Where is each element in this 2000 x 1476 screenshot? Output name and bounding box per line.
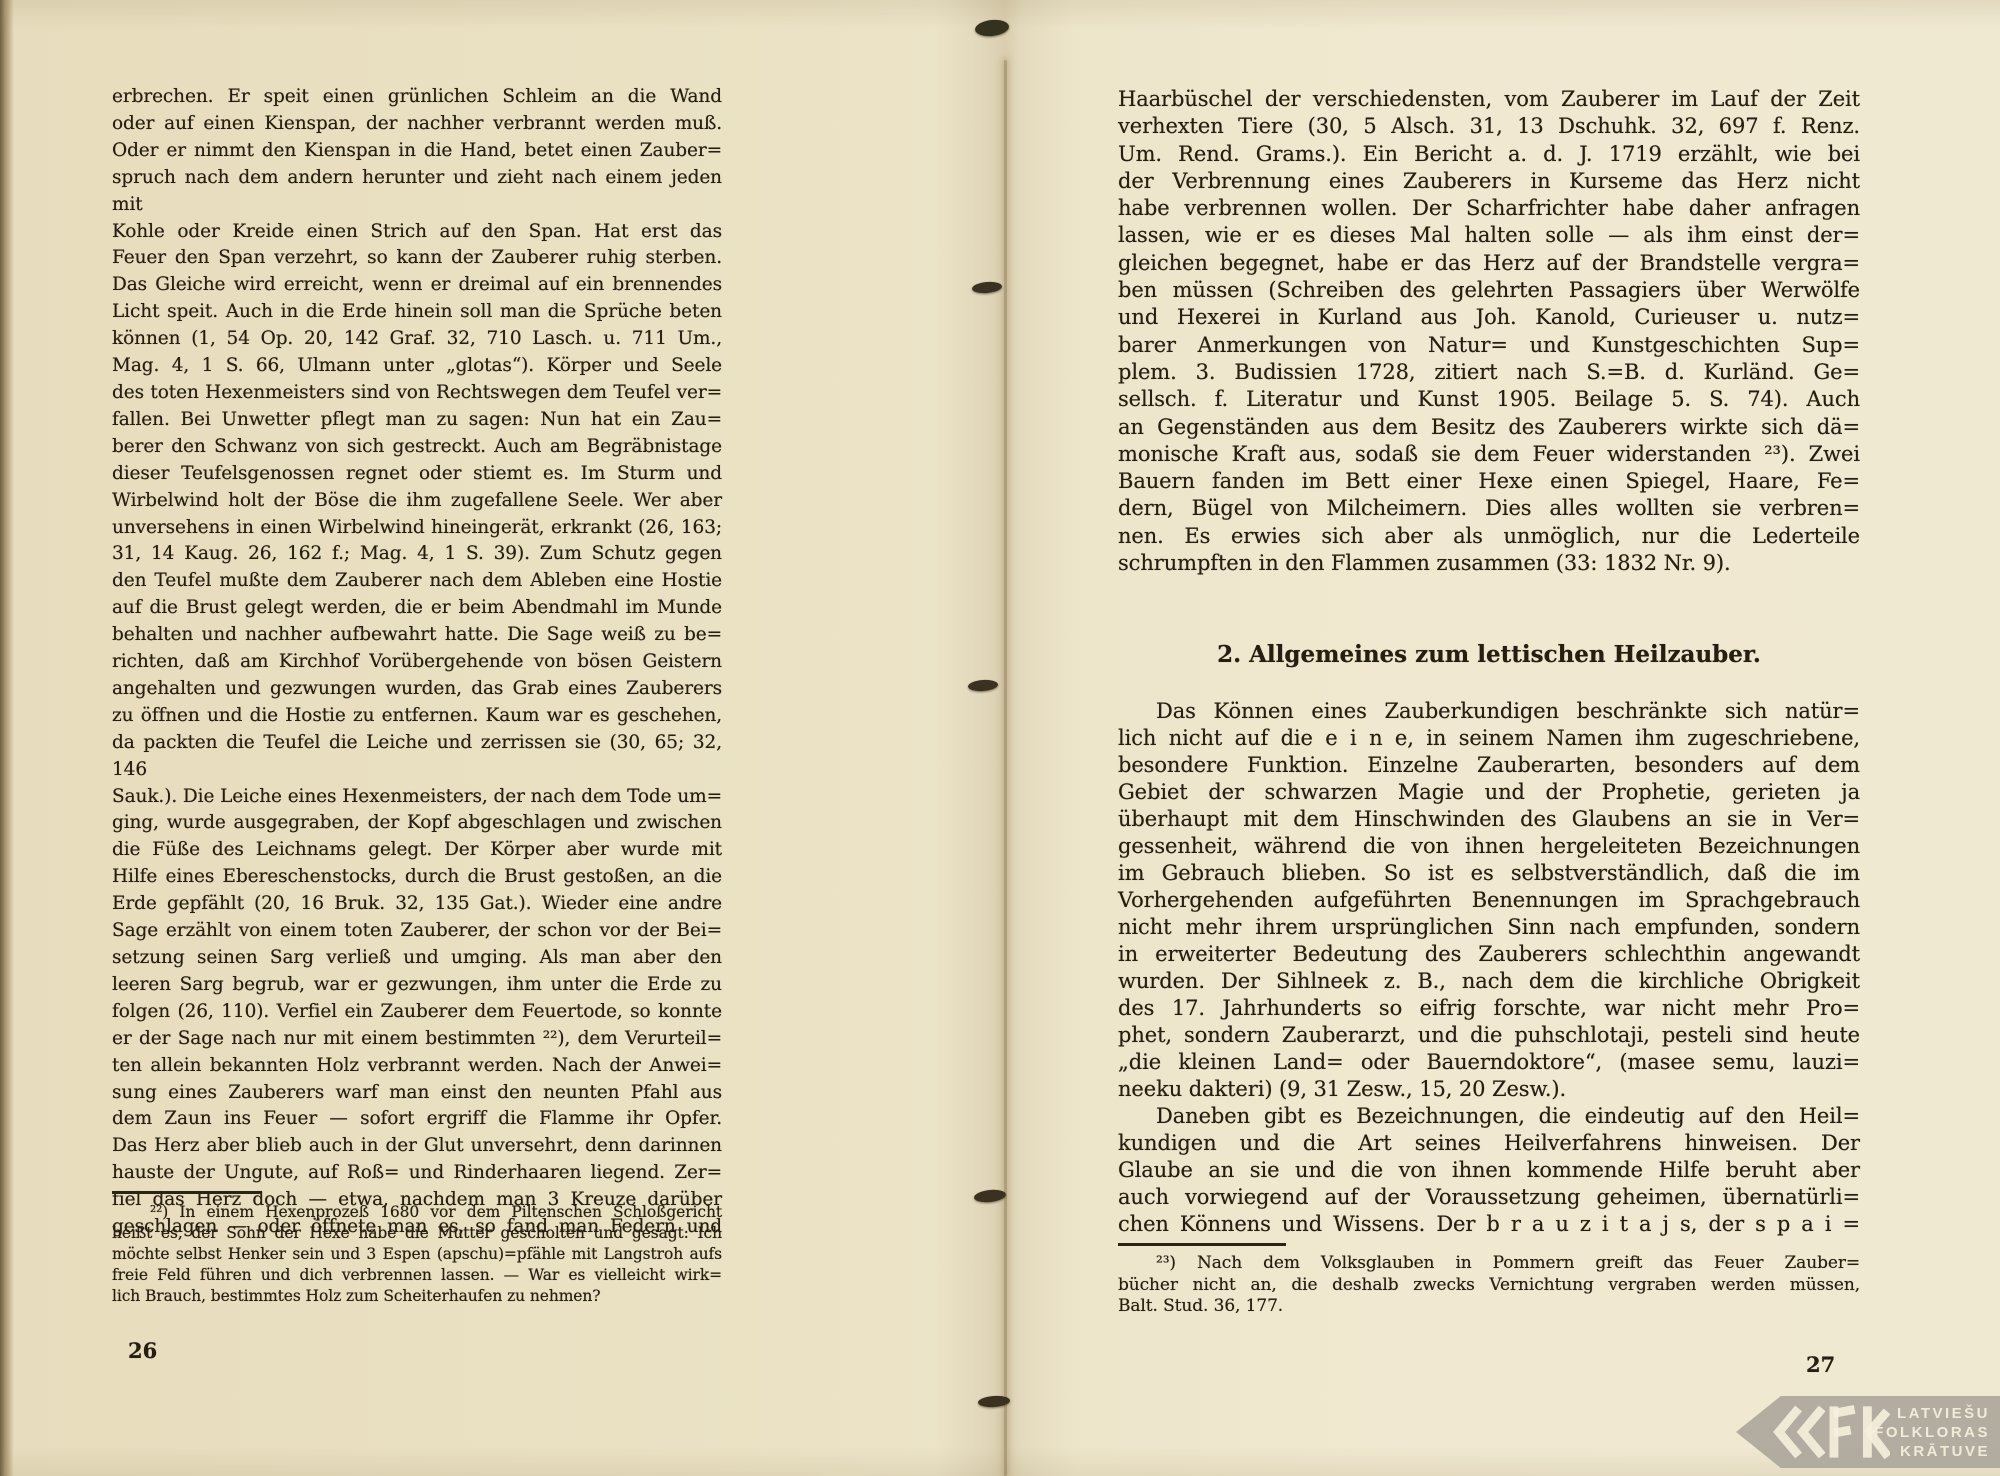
text-line: bücher nicht an, die deshalb zwecks Vern… — [1118, 1275, 1860, 1297]
text-line: lich Brauch, bestimmtes Holz zum Scheite… — [112, 1286, 722, 1307]
text-line: dem Zaun ins Feuer — sofort ergriff die … — [112, 1106, 722, 1133]
text-line: 31, 14 Kaug. 26, 162 f.; Mag. 4, 1 S. 39… — [112, 541, 722, 568]
text-line: Feuer den Span verzehrt, so kann der Zau… — [112, 245, 722, 272]
text-line: an Gegenständen aus dem Besitz des Zaube… — [1118, 414, 1860, 441]
text-line: der Verbrennung eines Zauberers in Kurse… — [1118, 168, 1860, 195]
text-line: sellsch. f. Literatur und Kunst 1905. Be… — [1118, 386, 1860, 413]
text-line: lich nicht auf die e i n e, in seinem Na… — [1118, 725, 1860, 752]
text-line: gessenheit, während die von ihnen hergel… — [1118, 833, 1860, 860]
text-line: Kohle oder Kreide einen Strich auf den S… — [112, 219, 722, 246]
text-line: nicht mehr ihrem ursprünglichen Sinn nac… — [1118, 914, 1860, 941]
lfk-logo-icon — [1772, 1401, 1890, 1463]
text-line: und Hexerei in Kurland aus Joh. Kanold, … — [1118, 304, 1860, 331]
text-line: Das Herz aber blieb auch in der Glut unv… — [112, 1133, 722, 1160]
text-line: unversehens in einen Wirbelwind hineinge… — [112, 515, 722, 542]
text-line: freie Feld führen und dich verbrennen la… — [112, 1265, 722, 1286]
archive-watermark-banner: LATVIEŠU FOLKLORAS KRĀTUVE — [1736, 1396, 2000, 1468]
text-line: möchte selbst Henker sein und 3 Espen (a… — [112, 1244, 722, 1265]
text-line: auch vorwiegend auf der Voraussetzung ge… — [1118, 1184, 1860, 1211]
text-line: hauste der Ungute, auf Roß= und Rinderha… — [112, 1160, 722, 1187]
text-line: setzung seinen Sarg verließ und umging. … — [112, 945, 722, 972]
text-line: Um. Rend. Grams.). Ein Bericht a. d. J. … — [1118, 141, 1860, 168]
right-footnote-rule — [1118, 1243, 1286, 1246]
text-line: besondere Funktion. Einzelne Zauberarten… — [1118, 752, 1860, 779]
text-line: angehalten und gezwungen wurden, das Gra… — [112, 676, 722, 703]
text-line: ging, wurde ausgegraben, der Kopf abgesc… — [112, 810, 722, 837]
text-line: ²²) In einem Hexenprozeß 1680 vor dem Pi… — [112, 1202, 722, 1223]
text-line: oder auf einen Kienspan, der nachher ver… — [112, 111, 722, 138]
right-page-body-text: Haarbüschel der verschiedensten, vom Zau… — [1118, 86, 1860, 577]
left-page-body-text: erbrechen. Er speit einen grünlichen Sch… — [112, 84, 722, 1241]
left-page-footnote: ²²) In einem Hexenprozeß 1680 vor dem Pi… — [112, 1202, 722, 1307]
text-line: fallen. Bei Unwetter pflegt man zu sagen… — [112, 407, 722, 434]
book-spread-scan: erbrechen. Er speit einen grünlichen Sch… — [0, 0, 2000, 1476]
text-line: des toten Hexenmeisters sind von Rechtsw… — [112, 380, 722, 407]
text-line: Balt. Stud. 36, 177. — [1118, 1296, 1860, 1318]
text-line: phet, sondern Zauberarzt, und die puhsch… — [1118, 1022, 1860, 1049]
text-line: Haarbüschel der verschiedensten, vom Zau… — [1118, 86, 1860, 113]
text-line: überhaupt mit dem Hinschwinden des Glaub… — [1118, 806, 1860, 833]
text-line: chen Könnens und Wissens. Der b r a u z … — [1118, 1211, 1860, 1238]
text-line: folgen (26, 110). Verfiel ein Zauberer d… — [112, 999, 722, 1026]
text-line: er der Sage nach nur mit einem bestimmte… — [112, 1026, 722, 1053]
text-line: sung eines Zauberers warf man einst den … — [112, 1080, 722, 1107]
text-line: Hilfe eines Ebereschenstocks, durch die … — [112, 864, 722, 891]
text-line: nen. Es erwies sich aber als unmöglich, … — [1118, 523, 1860, 550]
text-line: Sage erzählt von einem toten Zauberer, d… — [112, 918, 722, 945]
text-line: des 17. Jahrhunderts so eifrig forschte,… — [1118, 995, 1860, 1022]
text-line: Mag. 4, 1 S. 66, Ulmann unter „glotas“).… — [112, 353, 722, 380]
scan-left-edge — [0, 0, 14, 1476]
watermark-line: FOLKLORAS — [1874, 1423, 1990, 1442]
text-line: Bauern fanden im Bett einer Hexe einen S… — [1118, 468, 1860, 495]
text-line: spruch nach dem andern herunter und zieh… — [112, 165, 722, 219]
text-line: lassen, wie er es dieses Mal halten soll… — [1118, 222, 1860, 249]
text-line: verhexten Tiere (30, 5 Alsch. 31, 13 Dsc… — [1118, 113, 1860, 140]
text-line: barer Anmerkungen von Natur= und Kunstge… — [1118, 332, 1860, 359]
text-line: dieser Teufelsgenossen regnet oder stiem… — [112, 461, 722, 488]
text-line: Glaube an sie und die von ihnen kommende… — [1118, 1157, 1860, 1184]
text-line: Licht speit. Auch in die Erde hinein sol… — [112, 299, 722, 326]
text-line: ben müssen (Schreiben des gelehrten Pass… — [1118, 277, 1860, 304]
text-line: dern, Bügel von Milcheimern. Dies alles … — [1118, 495, 1860, 522]
right-page-footnote: ²³) Nach dem Volksglauben in Pommern gre… — [1118, 1253, 1860, 1318]
text-line: heißt es, der Sohn der Hexe habe die Mut… — [112, 1223, 722, 1244]
text-line: leeren Sarg begrub, war er gezwungen, ih… — [112, 972, 722, 999]
text-line: wurden. Der Sihlneek z. B., nach dem die… — [1118, 968, 1860, 995]
text-line: kundigen und die Art seines Heilverfahre… — [1118, 1130, 1860, 1157]
right-page-paragraphs: Das Können eines Zauberkundigen beschrän… — [1118, 698, 1860, 1238]
text-line: behalten und nachher aufbewahrt hatte. D… — [112, 622, 722, 649]
text-line: schrumpften in den Flammen zusammen (33:… — [1118, 550, 1860, 577]
text-line: Vorhergehenden aufgeführten Benennungen … — [1118, 887, 1860, 914]
text-line: Wirbelwind holt der Böse die ihm zugefal… — [112, 488, 722, 515]
page-gutter-fold — [1004, 60, 1007, 1476]
left-footnote-rule — [112, 1191, 262, 1194]
archive-watermark-text: LATVIEŠU FOLKLORAS KRĀTUVE — [1874, 1404, 1990, 1461]
text-line: monische Kraft aus, sodaß sie dem Feuer … — [1118, 441, 1860, 468]
text-line: habe verbrennen wollen. Der Scharfrichte… — [1118, 195, 1860, 222]
watermark-line: LATVIEŠU — [1874, 1404, 1990, 1423]
text-line: zu öffnen und die Hostie zu entfernen. K… — [112, 703, 722, 730]
watermark-line: KRĀTUVE — [1874, 1442, 1990, 1461]
text-line: Das Gleiche wird erreicht, wenn er dreim… — [112, 272, 722, 299]
text-line: richten, daß am Kirchhof Vorübergehende … — [112, 649, 722, 676]
section-heading: 2. Allgemeines zum lettischen Heilzauber… — [1118, 641, 1860, 668]
text-line: den Teufel mußte dem Zauberer nach dem A… — [112, 568, 722, 595]
left-page-number: 26 — [128, 1338, 157, 1363]
text-line: „die kleinen Land= oder Bauerndoktore“, … — [1118, 1049, 1860, 1076]
text-line: ²³) Nach dem Volksglauben in Pommern gre… — [1118, 1253, 1860, 1275]
text-line: Das Können eines Zauberkundigen beschrän… — [1118, 698, 1860, 725]
text-line: neeku dakteri) (9, 31 Zesw., 15, 20 Zesw… — [1118, 1076, 1860, 1103]
text-line: erbrechen. Er speit einen grünlichen Sch… — [112, 84, 722, 111]
text-line: im Gebrauch blieben. So ist es selbstver… — [1118, 860, 1860, 887]
text-line: Daneben gibt es Bezeichnungen, die einde… — [1118, 1103, 1860, 1130]
right-page-number: 27 — [1806, 1352, 1835, 1377]
text-line: Erde gepfählt (20, 16 Bruk. 32, 135 Gat.… — [112, 891, 722, 918]
text-line: Sauk.). Die Leiche eines Hexenmeisters, … — [112, 784, 722, 811]
text-line: plem. 3. Budissien 1728, zitiert nach S.… — [1118, 359, 1860, 386]
text-line: in erweiterter Bedeutung des Zauberers s… — [1118, 941, 1860, 968]
text-line: ten allein bekannten Holz verbrannt werd… — [112, 1053, 722, 1080]
text-line: können (1, 54 Op. 20, 142 Graf. 32, 710 … — [112, 326, 722, 353]
text-line: die Füße des Leichnams gelegt. Der Körpe… — [112, 837, 722, 864]
text-line: gleichen begegnet, habe er das Herz auf … — [1118, 250, 1860, 277]
text-line: da packten die Teufel die Leiche und zer… — [112, 730, 722, 784]
text-line: Oder er nimmt den Kienspan in die Hand, … — [112, 138, 722, 165]
text-line: Gebiet der schwarzen Magie und der Proph… — [1118, 779, 1860, 806]
text-line: berer den Schwanz von sich gestreckt. Au… — [112, 434, 722, 461]
text-line: auf die Brust gelegt werden, die er beim… — [112, 595, 722, 622]
